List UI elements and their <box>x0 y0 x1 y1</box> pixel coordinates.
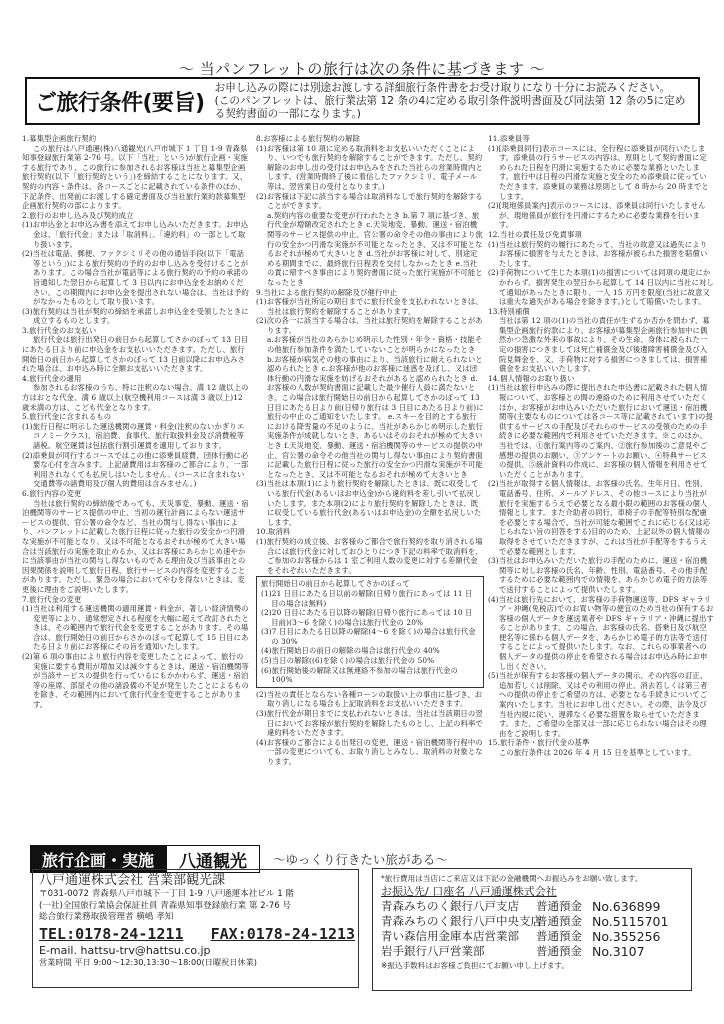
cancellation-box-title: 旅行開始日の前日から起算してさかのぼって <box>261 579 479 589</box>
section-item: (1)お客様が当社所定の期日までに旅行代金を支払われないときは、当社は旅行契約を… <box>256 297 484 316</box>
section-item: (1)[添乗員同行]表示コースには、全行程に添乗員が同行いたします。添乗員の行う… <box>488 144 714 202</box>
section-title: 9.当社による旅行契約の解除及び催行中止 <box>256 288 484 298</box>
section-body: 参加されるお客様のうち、特に注釈のない場合、満 12 歳以上の方はおとな代金、満… <box>22 383 250 412</box>
section-item: (2)次の各一に該当する場合は、当社は旅行契約を解除することがあります。 <box>256 316 484 335</box>
cancellation-fee-box: 旅行開始日の前日から起算してさかのぼって (1)21 日目にあたる日以前の解除(… <box>256 576 484 688</box>
bank-name: 岩手銀行八戸営業部 <box>381 944 536 959</box>
section-title: 8.お客様による旅行契約の解除 <box>256 134 484 144</box>
company-manager: 総合旅行業務取扱管理者 横嶋 孝知 <box>39 912 352 924</box>
section-item: (3)旅行代金が期日までに支払われないときは、当社は当該期日の翌日においてお客様… <box>256 709 484 738</box>
section-body: この旅行は八戸通運(株)八通観光(八戸市城下 1 丁目 1-9 青森県知事登録旅… <box>22 144 250 211</box>
contact-phones: TEL:0178-24-1211 FAX:0178-24-1213 <box>39 925 352 944</box>
section-item: (1)旅行契約の成立後、お客様のご都合で旅行契約を取り消される場合には旅行代金に… <box>256 537 484 575</box>
section-2: 2.旅行のお申し込み及び契約成立 (1)お申込金とお申込み書を添えてお申し込みい… <box>22 211 250 326</box>
cancellation-rate: (2)20 日目にあたる日以降の解除(日帰り旅行にあっては 10 日目前)(3～… <box>261 608 479 627</box>
cancellation-rate: (3)7 日目にあたる日以降の解除(4～6 を除く)の場合は旅行代金の 30% <box>261 627 479 646</box>
section-title: 3.旅行代金のお支払い <box>22 326 250 336</box>
header-note-1: お申し込みの際には別途お渡しする詳細旅行条件書をお受け取りになり十分にお読みくだ… <box>215 82 690 95</box>
bank-transfer-box: *旅行費用は当店にご来店又は下記の金融機関へお振込みをお願い致します。 お振込先… <box>372 868 692 991</box>
bank-account-row: 岩手銀行八戸営業部 普通預金 No.3107 <box>381 944 683 959</box>
section-item: (1)当社は旅行契約の履行にあたって、当社の故意又は過失によりお客様に損害を与え… <box>488 240 714 269</box>
section-4: 4.旅行代金の適用 参加されるお客様のうち、特に注釈のない場合、満 12 歳以上… <box>22 374 250 412</box>
company-license: (一社)全国旅行業協会保証社員 青森県知事登録旅行業 第 2-76 号 <box>39 901 352 913</box>
bank-account-row: 青森みちのく銀行八戸支店 普通預金 No.636899 <box>381 899 683 914</box>
section-title: 7.旅行代金の変更 <box>22 595 250 605</box>
bank-name: 青い森信用金庫本店営業部 <box>381 929 536 944</box>
section-5: 5.旅行代金に含まれるもの (1)旅行日程に明示した運送機関の運賃・料金(注釈の… <box>22 412 250 489</box>
bank-name: 青森みちのく銀行八戸支店 <box>381 899 536 914</box>
column-2: 8.お客様による旅行契約の解除 (1)お客様は第 10 項に定める取消料をお支払… <box>256 134 484 767</box>
section-10: 10.取消料 (1)旅行契約の成立後、お客様のご都合で旅行契約を取り消される場合… <box>256 527 484 766</box>
account-number: No.636899 <box>592 899 660 914</box>
cancellation-rate: (6)旅行開始後の解除又は無連絡不参加の場合は旅行代金の 100% <box>261 666 479 685</box>
section-title: 14.個人情報のお取り扱い <box>488 374 714 384</box>
section-sub-list: a.お客様が当社のあらかじめ明示した性別・年令・資格・技能その他旅行参加条件を満… <box>256 335 484 479</box>
section-13: 13.特別補償 当社は第 12 項の(1)の当社の責任が生ずるか否かを問わず、募… <box>488 307 714 374</box>
cancellation-rate: (5)当日の解除((6)を除く)の場合は旅行代金の 50% <box>261 656 479 666</box>
section-item: (5)当社が保有するお客様の個人データの開示、その内容の訂正、追加若しくは削除、… <box>488 671 714 738</box>
section-title: 15.旅行条件・旅行代金の基準 <box>488 738 714 748</box>
section-1: 1.募集型企画旅行契約 この旅行は八戸通運(株)八通観光(八戸市城下 1 丁目 … <box>22 134 250 211</box>
section-item: (2)当社が取得する個人情報は、お客様の氏名、生年月日、性別、電話番号、住所、メ… <box>488 479 714 556</box>
account-type: 普通預金 <box>536 944 592 959</box>
section-body: 旅行代金は旅行出発日の前日から起算してさかのぼって 13 日目にあたる日より前に… <box>22 335 250 373</box>
section-title: 1.募集型企画旅行契約 <box>22 134 250 144</box>
bank-name: 青森みちのく銀行八戸中央支店 <box>381 914 536 929</box>
company-info-box: 八戸通運株式会社 営業部観光課 〒031-0072 青森県八戸市城下一丁目 1-… <box>32 869 359 988</box>
section-title: 13.特別補償 <box>488 307 714 317</box>
tagline: ～ゆっくり行きたい旅がある～ <box>273 850 448 868</box>
section-item: (1)当社は利用する運送機関の適用運賃・料金が、著しい経済情勢の変更等により、通… <box>22 604 250 652</box>
header-note-2: (このパンフレットは、旅行業法第 12 条の4に定める取引条件説明書面及び同法第… <box>215 95 690 121</box>
section-item: (2)当社の責任とならない各種ローンの取扱い上の事由に基づき、お取り消しになる場… <box>256 690 484 709</box>
section-title: 10.取消料 <box>256 527 484 537</box>
page-subtitle: ～ 当パンフレットの旅行は次の条件に基づきます ～ <box>0 58 724 79</box>
section-item: (2)お客様は下記に該当する場合は取消料なしで旅行契約を解除することができます。 <box>256 192 484 211</box>
section-title: 11.添乗員等 <box>488 134 714 144</box>
account-number: No.5115701 <box>592 914 668 929</box>
section-body: この旅行条件は 2026 年 4 月 15 日を基準としています。 <box>488 748 714 758</box>
section-item: (3)当社はお申込みいただいた旅行の手配のために、運送・宿泊機関等に対しお客様の… <box>488 556 714 594</box>
section-sub-list: a.契約内容の重要な変更が行われたとき b.第 7 項に基づき、旅行代金が増額改… <box>256 211 484 288</box>
section-item: (2)当社は電話、郵便、ファクシミリその他の通信手段(以下「電話等という」)によ… <box>22 249 250 307</box>
section-3: 3.旅行代金のお支払い 旅行代金は旅行出発日の前日から起算してさかのぼって 13… <box>22 326 250 374</box>
column-1: 1.募集型企画旅行契約 この旅行は八戸通運(株)八通観光(八戸市城下 1 丁目 … <box>22 134 250 710</box>
payment-note: *旅行費用は当店にご来店又は下記の金融機関へお振込みをお願い致します。 <box>381 873 683 884</box>
fax-number: FAX:0178-24-1213 <box>211 925 356 943</box>
section-12: 12.当社の責任及び免責事項 (1)当社は旅行契約の履行にあたって、当社の故意又… <box>488 230 714 307</box>
account-type: 普通預金 <box>536 929 592 944</box>
header-notes: お申し込みの際には別途お渡しする詳細旅行条件書をお受け取りになり十分にお読みくだ… <box>215 82 690 121</box>
bank-account-row: 青森みちのく銀行八戸中央支店 普通預金 No.5115701 <box>381 914 683 929</box>
section-item: (1)お申込金とお申込み書を添えてお申し込みいただきます。お申込金は、「旅行代金… <box>22 220 250 249</box>
section-8: 8.お客様による旅行契約の解除 (1)お客様は第 10 項に定める取消料をお支払… <box>256 134 484 288</box>
section-item: (1)旅行日程に明示した運送機関の運賃・料金(注釈のないかぎりエコノミークラス)… <box>22 422 250 451</box>
section-15: 15.旅行条件・旅行代金の基準 この旅行条件は 2026 年 4 月 15 日を… <box>488 738 714 757</box>
bank-account-row: 青い森信用金庫本店営業部 普通預金 No.355256 <box>381 929 683 944</box>
cancellation-rate: (4)旅行開始日の前日の解除の場合は旅行代金の 40% <box>261 646 479 656</box>
section-9: 9.当社による旅行契約の解除及び催行中止 (1)お客様が当社所定の期日までに旅行… <box>256 288 484 528</box>
cancellation-rate: (1)21 日目にあたる日以前の解除(日帰り旅行にあっては 11 日目の場合は無… <box>261 589 479 608</box>
column-3: 11.添乗員等 (1)[添乗員同行]表示コースには、全行程に添乗員が同行いたしま… <box>488 134 714 758</box>
page-title: ご旅行条件(要旨) <box>35 86 205 117</box>
business-hours: 営業時間 平日 9:00～12:30,13:30～18:00(日曜祝日休業) <box>39 957 352 968</box>
section-title: 12.当社の責任及び免責事項 <box>488 230 714 240</box>
conditions-columns: 1.募集型企画旅行契約 この旅行は八戸通運(株)八通観光(八戸市城下 1 丁目 … <box>22 134 712 834</box>
tel-number[interactable]: TEL:0178-24-1211 <box>39 925 184 943</box>
section-title: 5.旅行代金に含まれるもの <box>22 412 250 422</box>
section-6: 6.旅行内容の変更 当社は旅行契約の締結後であっても、天災事変、暴動、運送・宿泊… <box>22 489 250 595</box>
section-body: 当社は第 12 項の(1)の当社の責任が生ずるか否かを問わず、募集型企画旅行約款… <box>488 316 714 374</box>
company-name: 八戸通運株式会社 営業部観光課 <box>39 873 352 889</box>
section-item: (3)当社は本項(1)により旅行契約を解除したときは、既に収受している旅行代金(… <box>256 479 484 527</box>
section-item: (4)当社は旅行先において、お客様の手荷物運送等、DFS ギャラリア・沖縄(免税… <box>488 595 714 672</box>
account-number: No.355256 <box>592 929 660 944</box>
section-item: (4)お客様のご都合による出発日の変更、運送・宿泊機関等行程中の一部の変更につい… <box>256 738 484 767</box>
section-item: (2)[現地係員案内]表示のコースには、添乗員は同行いたしませんが、現地係員が旅… <box>488 201 714 230</box>
section-item: (1)お客様は第 10 項に定める取消料をお支払いいただくことにより、いつでも旅… <box>256 144 484 192</box>
conditions-header-box: ご旅行条件(要旨) お申し込みの際には別途お渡しする詳細旅行条件書をお受け取りに… <box>25 77 700 125</box>
email-address[interactable]: E-mail. hattsu-trv@hattsu.co.jp <box>39 944 352 957</box>
account-holder: お振込先/ 口座名 八戸通運株式会社 <box>381 884 683 899</box>
section-title: 2.旅行のお申し込み及び契約成立 <box>22 211 250 221</box>
account-type: 普通預金 <box>536 899 592 914</box>
account-number: No.3107 <box>592 944 645 959</box>
section-7: 7.旅行代金の変更 (1)当社は利用する運送機関の適用運賃・料金が、著しい経済情… <box>22 595 250 710</box>
transfer-fee-note: ※振込手数料はお客様ご負担にてお願い申し上げます。 <box>381 960 683 972</box>
section-item: (1)当社は旅行申込みの際に提出された申込書に記載された個人情報について、お客様… <box>488 383 714 479</box>
section-title: 6.旅行内容の変更 <box>22 489 250 499</box>
section-item: (3)旅行契約は当社が契約の締結を承諾しお申込金を受領したときに成立するものとし… <box>22 307 250 326</box>
section-item: (2)添乗員が同行するコースではこの他に添乗員経費、団体行動に必要な心付を含みま… <box>22 451 250 489</box>
company-address: 〒031-0072 青森県八戸市城下一丁目 1-9 八戸通運本社ビル 1 階 <box>39 889 352 901</box>
section-11: 11.添乗員等 (1)[添乗員同行]表示コースには、全行程に添乗員が同行いたしま… <box>488 134 714 230</box>
section-item: (2)第 6 項の事由により旅行内容を変更したことによって、旅行の実施に要する費… <box>22 652 250 710</box>
section-body: 当社は旅行契約の締結後であっても、天災事変、暴動、運送・宿泊機関等のサービス提供… <box>22 499 250 595</box>
section-14: 14.個人情報のお取り扱い (1)当社は旅行申込みの際に提出された申込書に記載さ… <box>488 374 714 739</box>
section-item: (2)手荷物について生じた本項(1)の損害については同項の規定にかかわらず、損害… <box>488 268 714 306</box>
account-type: 普通預金 <box>536 914 592 929</box>
section-title: 4.旅行代金の適用 <box>22 374 250 384</box>
